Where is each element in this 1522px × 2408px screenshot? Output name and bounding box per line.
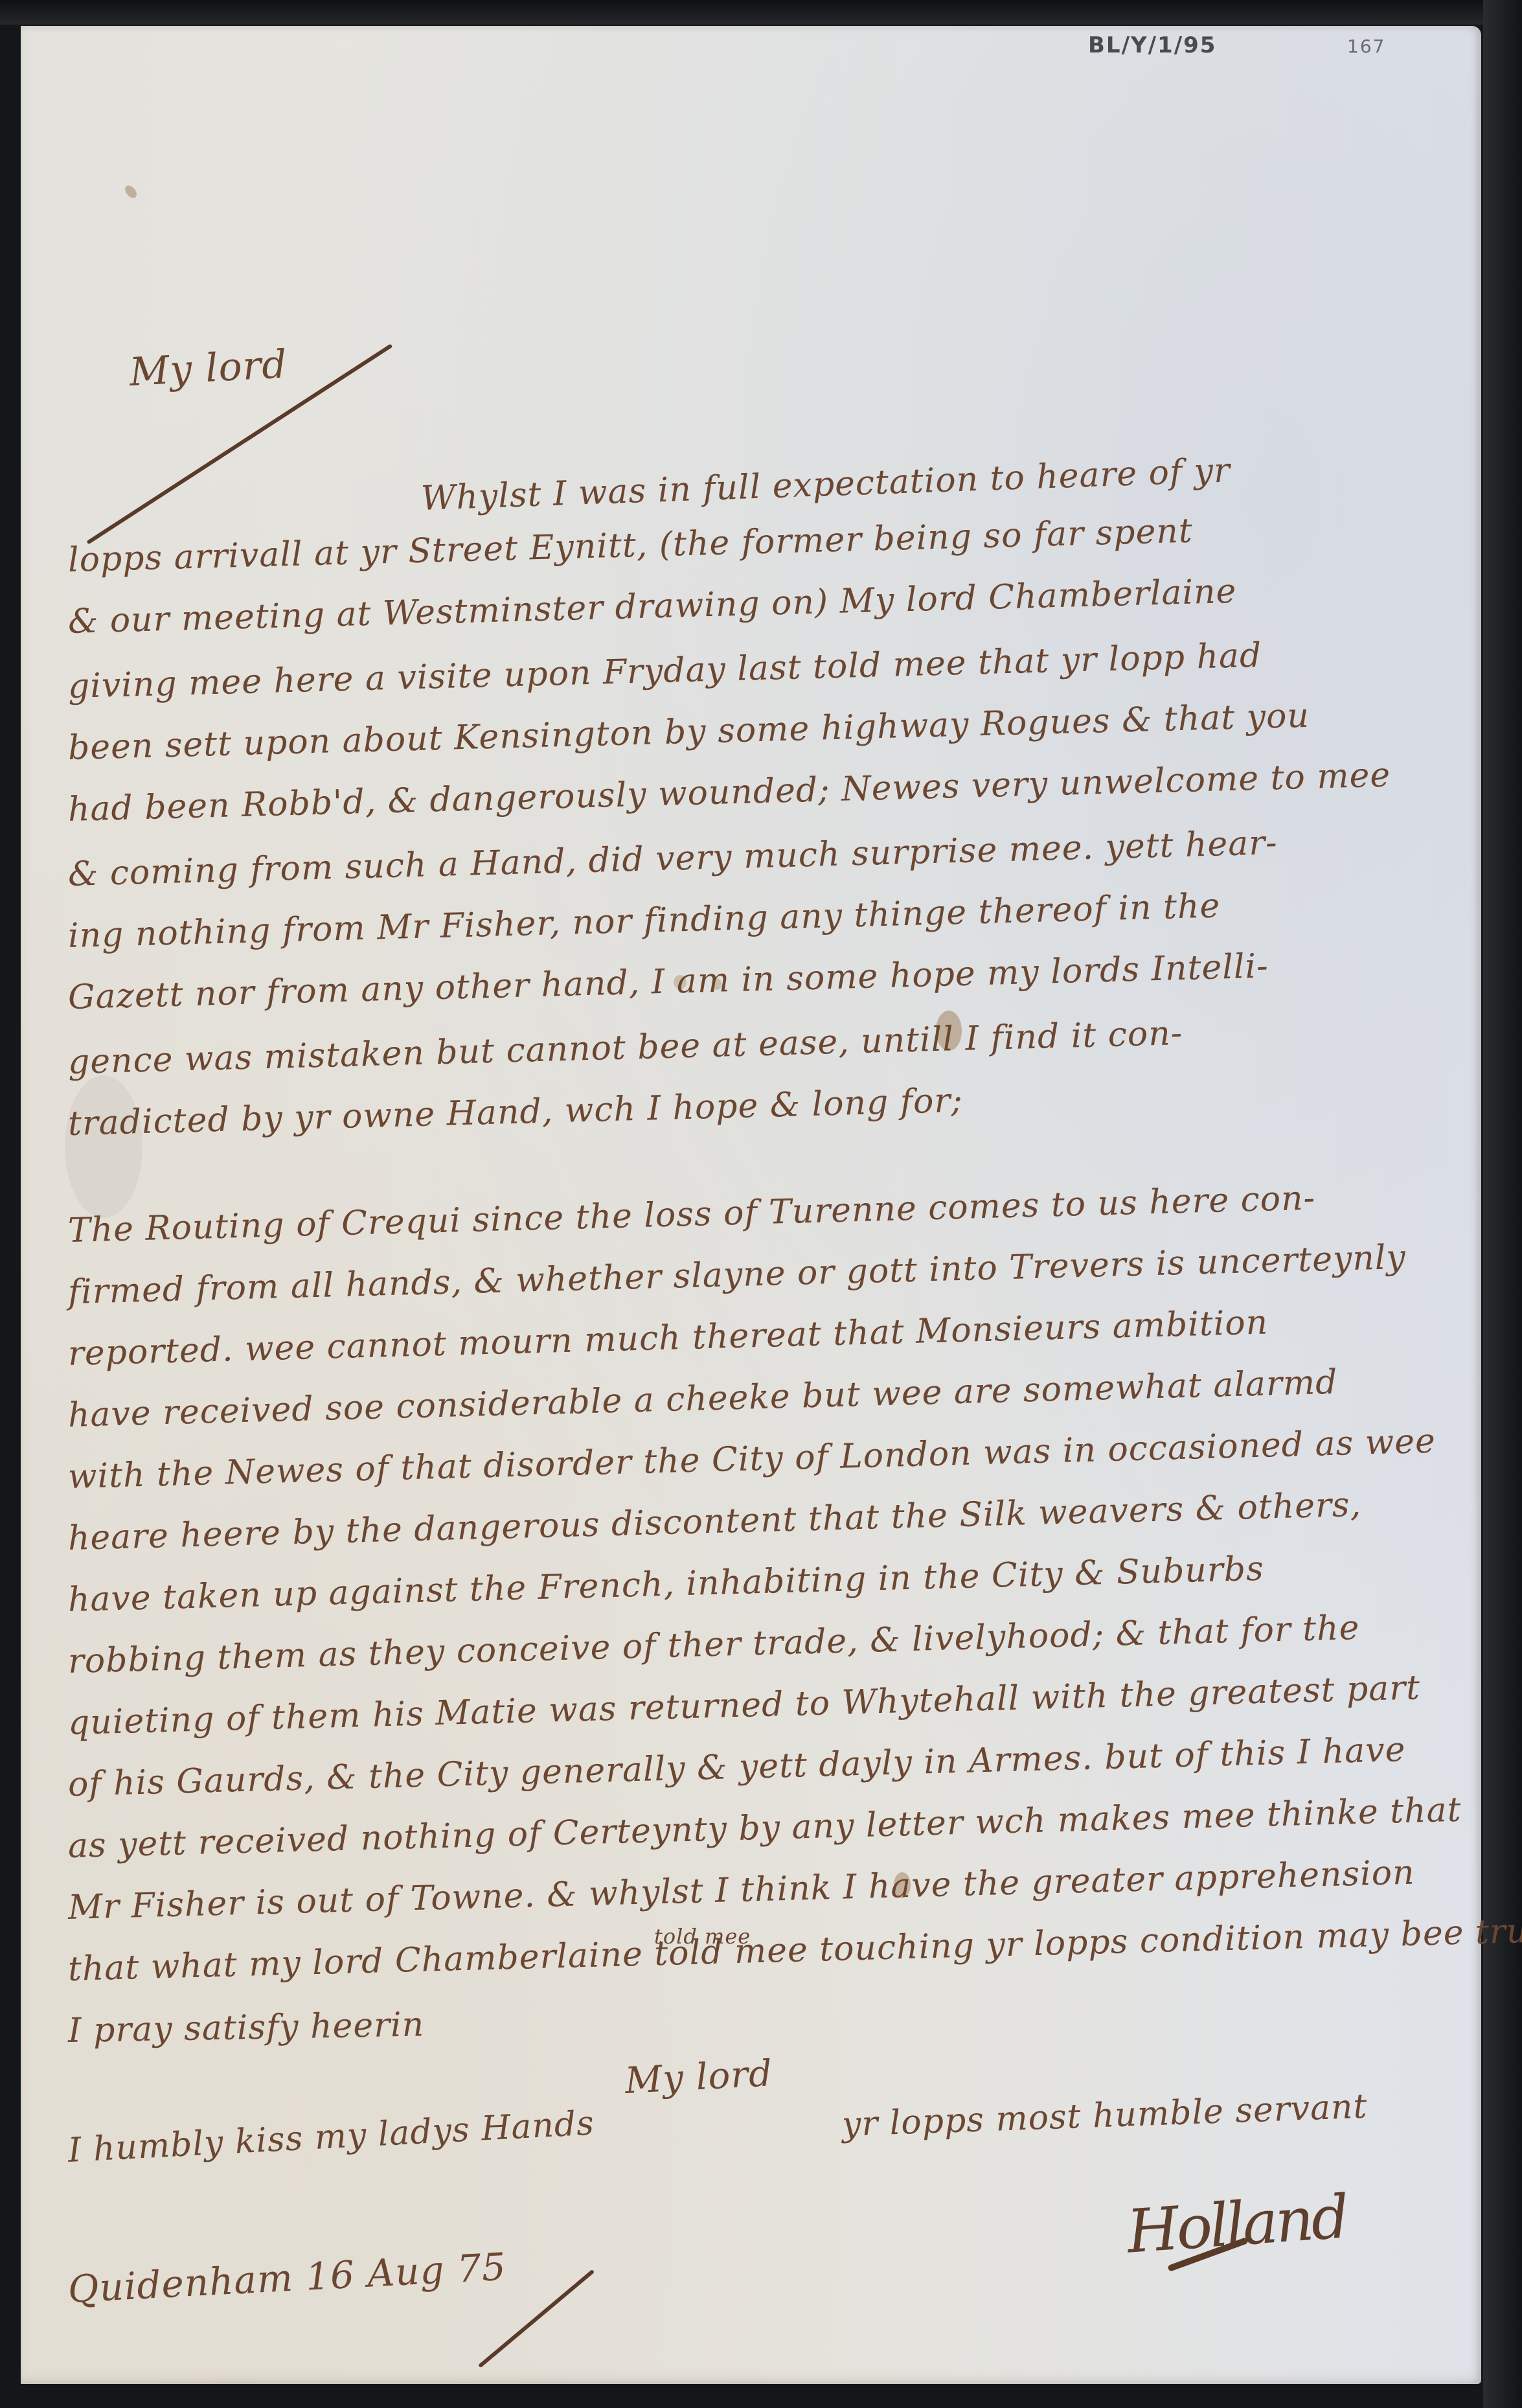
- mount-right-edge: [1483, 0, 1522, 2408]
- folio-number: 167: [1347, 36, 1385, 57]
- water-stain: [65, 1075, 142, 1218]
- letter-closing-salutation: My lord: [624, 2052, 773, 2102]
- mount-top-edge: [0, 0, 1522, 25]
- letter-line: I pray satisfy heerin: [67, 2005, 424, 2050]
- letter-salutation: My lord: [128, 341, 288, 395]
- archive-reference: BL/Y/1/95: [1088, 32, 1216, 58]
